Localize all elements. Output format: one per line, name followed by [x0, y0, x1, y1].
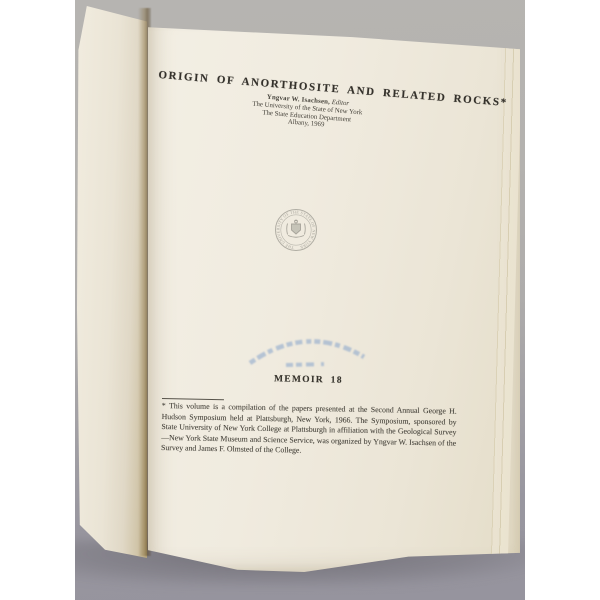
verso-page-edge: [77, 6, 147, 558]
footnote: * This volume is a compilation of the pa…: [161, 398, 457, 460]
title-page: ORIGIN OF ANORTHOSITE AND RELATED ROCKS*…: [148, 24, 520, 572]
book-photo: ORIGIN OF ANORTHOSITE AND RELATED ROCKS*…: [75, 0, 525, 600]
series-label: MEMOIR 18: [274, 374, 343, 386]
masthead: ORIGIN OF ANORTHOSITE AND RELATED ROCKS*…: [155, 69, 460, 140]
footnote-rule: [162, 398, 224, 400]
university-seal-icon: THE UNIVERSITY OF THE STATE OF NEW YORK: [274, 208, 318, 252]
library-ink-stamp-icon: [244, 321, 370, 371]
page-fore-edge: [486, 46, 522, 562]
editor-role: Editor: [331, 99, 349, 107]
footnote-text: * This volume is a compilation of the pa…: [161, 401, 457, 460]
